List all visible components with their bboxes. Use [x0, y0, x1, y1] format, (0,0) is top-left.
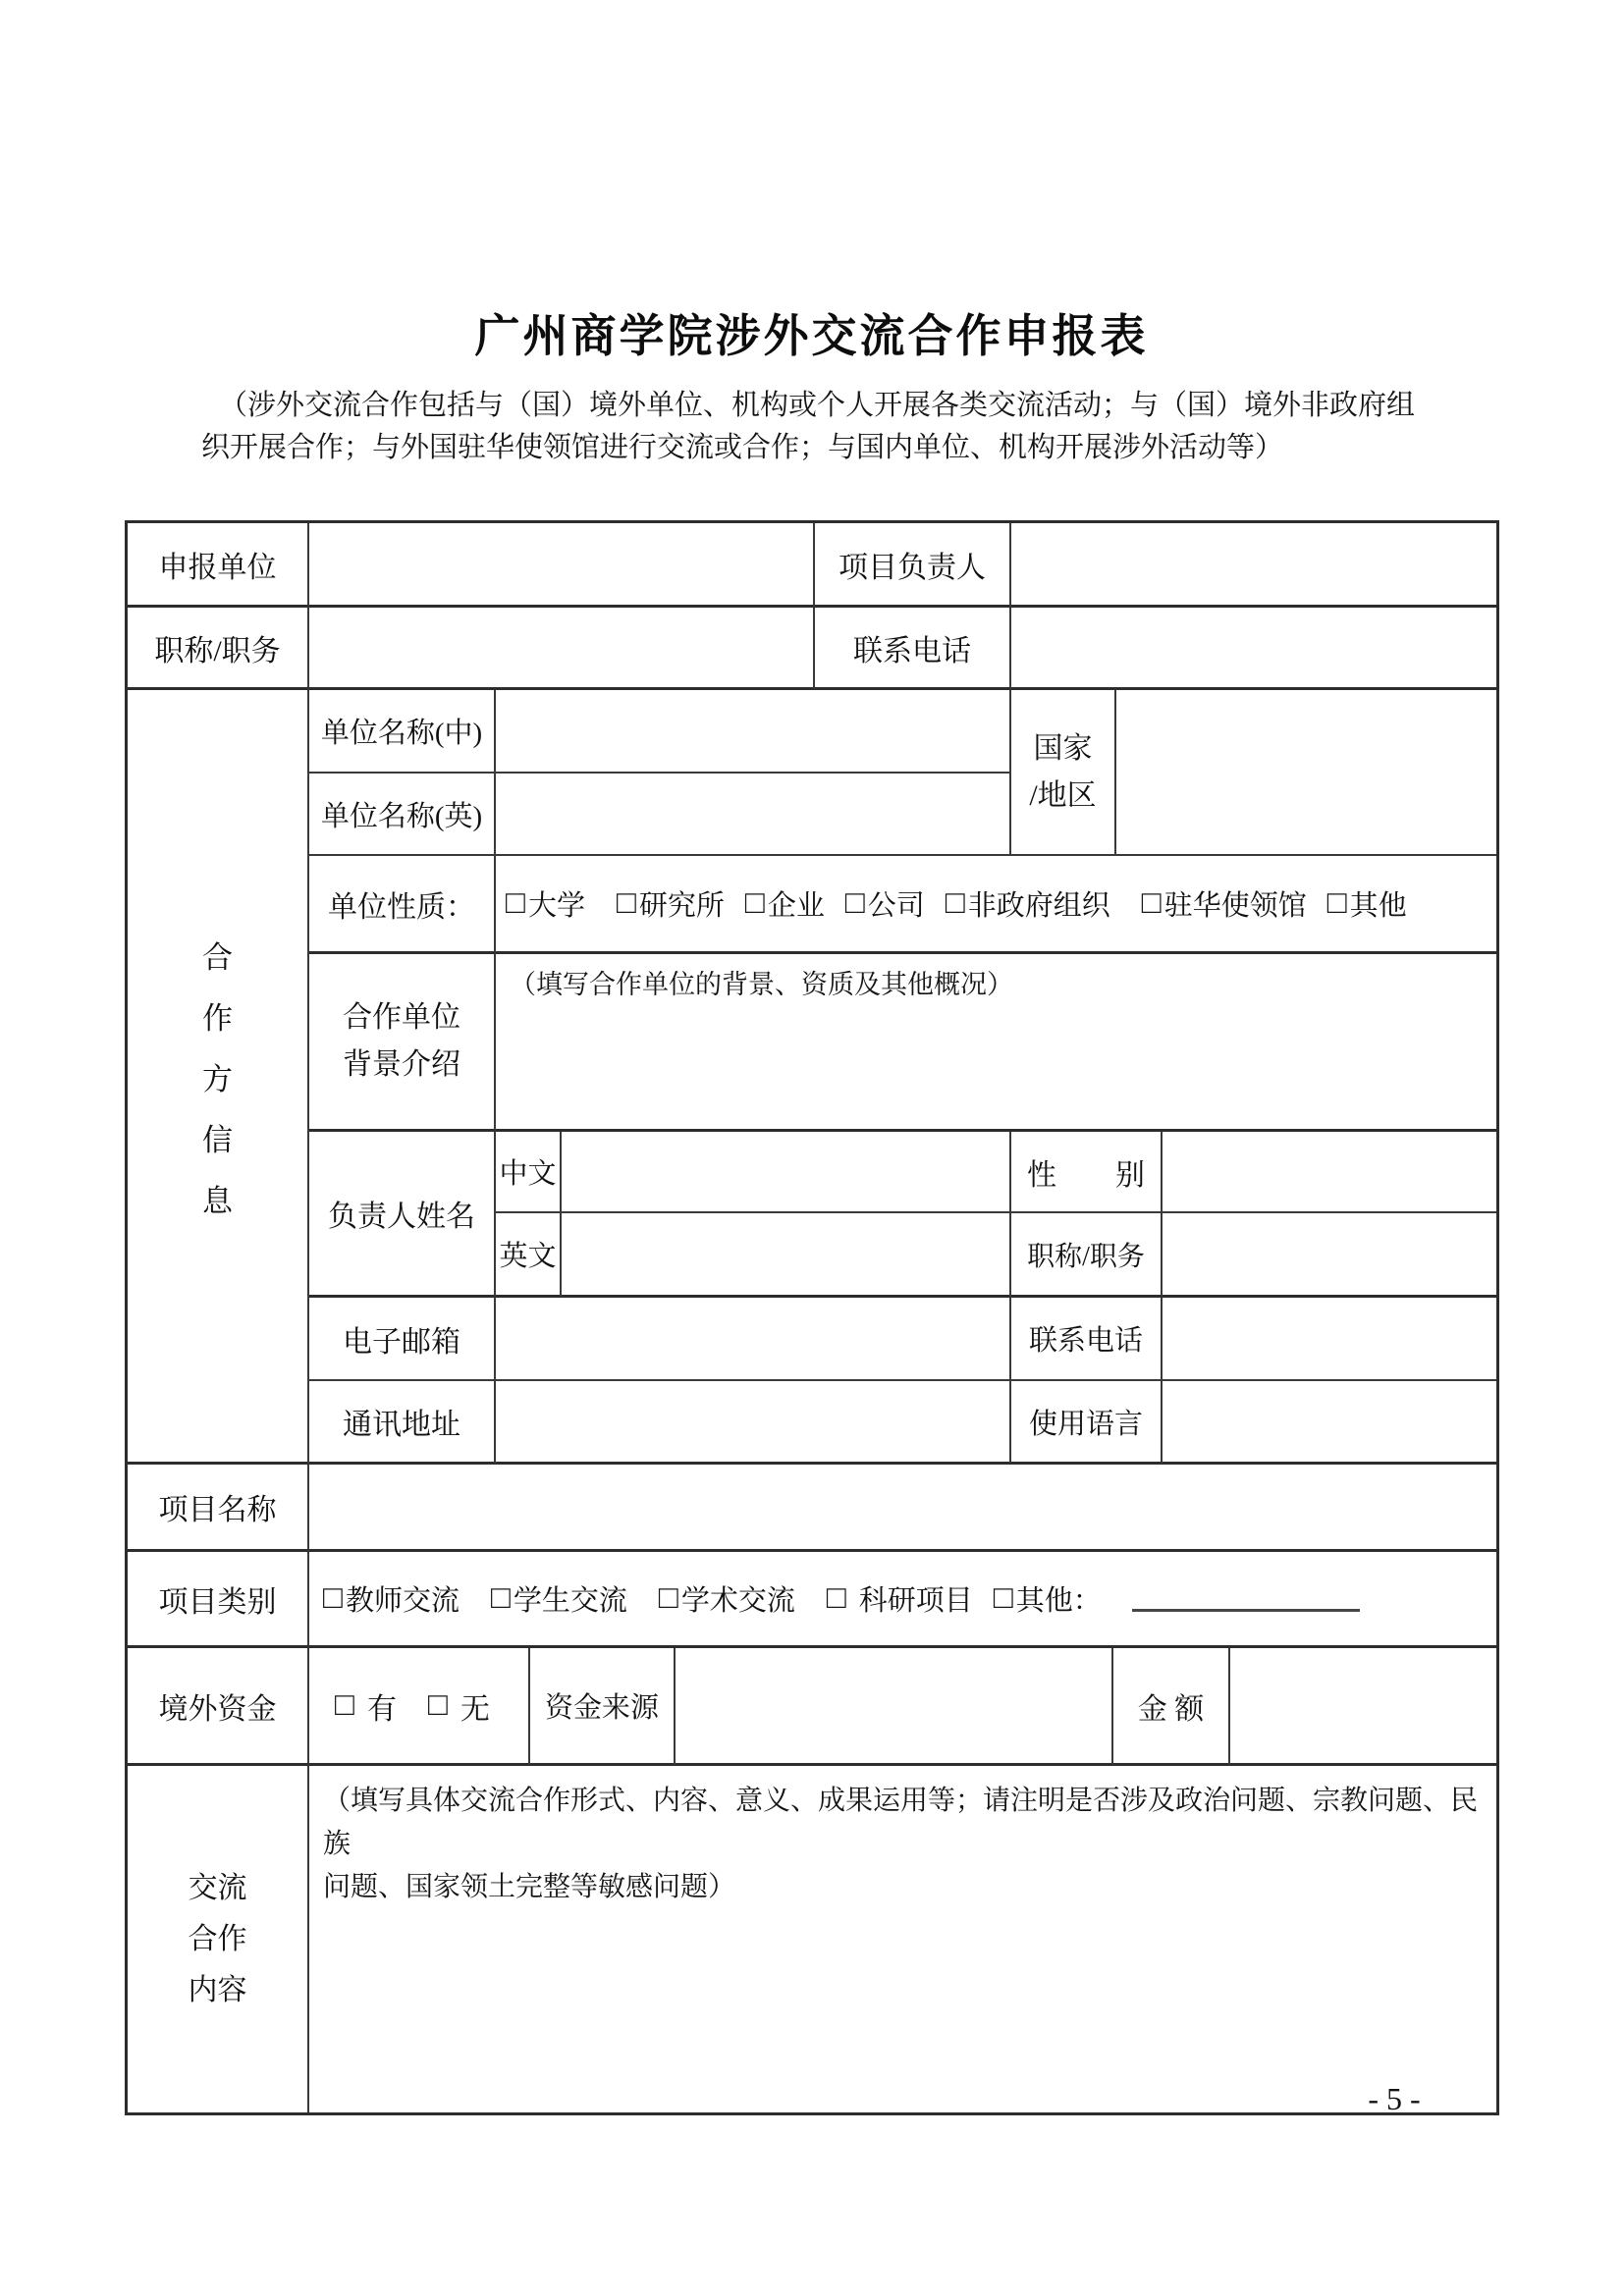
checkbox-option[interactable]: □大学 [506, 883, 585, 924]
amount-label: 金 额 [1113, 1648, 1230, 1766]
checkbox-icon[interactable]: □ [994, 1582, 1013, 1615]
amount-field[interactable] [1230, 1648, 1496, 1766]
checkbox-icon[interactable]: □ [491, 1582, 511, 1615]
country-region-field[interactable] [1116, 690, 1496, 856]
checkbox-option[interactable]: □有 [335, 1684, 397, 1728]
country-region-label: 国家 /地区 [1011, 690, 1116, 856]
fund-options: □有 □无 [309, 1648, 530, 1766]
checkbox-label: 企业 [768, 883, 825, 924]
partner-background-field[interactable]: （填写合作单位的背景、资质及其他概况） [496, 954, 1496, 1132]
project-leader-label: 项目负责人 [815, 523, 1011, 608]
country-region-line2: /地区 [1029, 773, 1096, 820]
checkbox-option[interactable]: □非政府组织 [946, 883, 1110, 924]
unit-name-cn-label: 单位名称(中) [309, 690, 496, 774]
checkbox-icon[interactable]: □ [946, 887, 965, 920]
applicant-unit-label: 申报单位 [128, 523, 309, 608]
checkbox-option[interactable]: □驻华使领馆 [1142, 883, 1307, 924]
unit-nature-label: 单位性质： [309, 856, 496, 954]
leader-title-label: 职称/职务 [1011, 1213, 1163, 1298]
partner-char: 息 [202, 1176, 233, 1220]
application-form-table: 申报单位 项目负责人 职称/职务 联系电话 合 作 方 信 息 单位名称(中) … [125, 520, 1499, 2115]
checkbox-icon[interactable]: □ [1327, 887, 1347, 920]
checkbox-label: 无 [460, 1684, 490, 1728]
checkbox-option[interactable]: □科研项目 [827, 1578, 973, 1619]
exchange-content-line1: 交流 [189, 1863, 247, 1914]
exchange-content-field[interactable]: （填写具体交流合作形式、内容、意义、成果运用等；请注明是否涉及政治问题、宗教问题… [309, 1766, 1496, 2112]
leader-phone-label: 联系电话 [1011, 1298, 1163, 1381]
checkbox-icon[interactable]: □ [428, 1689, 448, 1722]
exchange-content-label: 交流 合作 内容 [128, 1766, 309, 2112]
checkbox-icon[interactable]: □ [827, 1582, 846, 1615]
checkbox-label: 其他： [1016, 1578, 1102, 1619]
exchange-content-line3: 内容 [189, 1965, 247, 2016]
project-name-field[interactable] [309, 1465, 1496, 1552]
page-number: - 5 - [1306, 2081, 1483, 2117]
other-blank-line[interactable] [1132, 1609, 1360, 1612]
partner-char: 合 [202, 933, 233, 977]
checkbox-option[interactable]: □学术交流 [659, 1578, 795, 1619]
document-page: 广州商学院涉外交流合作申报表 （涉外交流合作包括与（国）境外单位、机构或个人开展… [0, 0, 1623, 2296]
country-region-line1: 国家 [1034, 725, 1093, 773]
checkbox-label: 研究所 [639, 883, 725, 924]
checkbox-label: 其他 [1350, 883, 1407, 924]
title-note-line1: （涉外交流合作包括与（国）境外单位、机构或个人开展各类交流活动；与（国）境外非政… [201, 385, 1458, 427]
title-note-line2: 织开展合作；与外国驻华使领馆进行交流或合作；与国内单位、机构开展涉外活动等） [201, 427, 1458, 469]
checkbox-icon[interactable]: □ [617, 887, 636, 920]
checkbox-option[interactable]: □其他 [1327, 883, 1407, 924]
project-leader-field[interactable] [1011, 523, 1496, 608]
project-name-label: 项目名称 [128, 1465, 309, 1552]
checkbox-option[interactable]: □学生交流 [491, 1578, 627, 1619]
checkbox-icon[interactable]: □ [1142, 887, 1162, 920]
partner-background-line2: 背景介绍 [343, 1041, 460, 1089]
partner-char: 作 [202, 993, 233, 1038]
partner-background-line1: 合作单位 [343, 994, 460, 1041]
checkbox-icon[interactable]: □ [506, 887, 525, 920]
unit-nature-options: □大学 □研究所 □企业 □公司 □非政府组织 □驻华使领馆 □其他 [496, 856, 1496, 954]
gender-field[interactable] [1163, 1132, 1496, 1213]
leader-phone-field[interactable] [1163, 1298, 1496, 1381]
fund-source-label: 资金来源 [530, 1648, 676, 1766]
checkbox-icon[interactable]: □ [659, 1582, 678, 1615]
partner-background-hint: （填写合作单位的背景、资质及其他概况） [510, 964, 1013, 1005]
partner-char: 方 [202, 1054, 233, 1098]
exchange-content-hint-line1: （填写具体交流合作形式、内容、意义、成果运用等；请注明是否涉及政治问题、宗教问题… [323, 1780, 1479, 1866]
applicant-unit-field[interactable] [309, 523, 815, 608]
project-type-options: □教师交流 □学生交流 □学术交流 □科研项目 □其他： [309, 1552, 1496, 1648]
leader-title-field[interactable] [1163, 1213, 1496, 1298]
chinese-name-label: 中文 [496, 1132, 562, 1213]
gender-label: 性 别 [1011, 1132, 1163, 1213]
title-note: （涉外交流合作包括与（国）境外单位、机构或个人开展各类交流活动；与（国）境外非政… [201, 385, 1458, 469]
overseas-fund-label: 境外资金 [128, 1648, 309, 1766]
email-field[interactable] [496, 1298, 1011, 1381]
leader-name-label: 负责人姓名 [309, 1132, 496, 1298]
english-name-label: 英文 [496, 1213, 562, 1298]
unit-name-en-label: 单位名称(英) [309, 774, 496, 856]
checkbox-label: 大学 [528, 883, 585, 924]
title-position-field[interactable] [309, 608, 815, 690]
unit-name-cn-field[interactable] [496, 690, 1011, 774]
language-label: 使用语言 [1011, 1381, 1163, 1465]
contact-phone-label: 联系电话 [815, 608, 1011, 690]
exchange-content-line2: 合作 [189, 1914, 247, 1965]
checkbox-label: 非政府组织 [968, 883, 1110, 924]
checkbox-label: 驻华使领馆 [1164, 883, 1307, 924]
checkbox-option[interactable]: □无 [428, 1684, 490, 1728]
checkbox-label: 教师交流 [346, 1578, 460, 1619]
english-name-field[interactable] [562, 1213, 1011, 1298]
checkbox-option[interactable]: □企业 [745, 883, 825, 924]
checkbox-icon[interactable]: □ [845, 887, 865, 920]
partner-info-section-label: 合 作 方 信 息 [128, 690, 309, 1465]
checkbox-label: 科研项目 [859, 1578, 973, 1619]
chinese-name-field[interactable] [562, 1132, 1011, 1213]
partner-char: 信 [202, 1115, 233, 1159]
fund-source-field[interactable] [676, 1648, 1113, 1766]
checkbox-label: 有 [367, 1684, 397, 1728]
checkbox-option[interactable]: □教师交流 [323, 1578, 460, 1619]
address-field[interactable] [496, 1381, 1011, 1465]
checkbox-label: 公司 [868, 883, 925, 924]
exchange-content-hint-line2: 问题、国家领土完整等敏感问题） [323, 1866, 735, 1909]
title-position-label: 职称/职务 [128, 608, 309, 690]
checkbox-option[interactable]: □公司 [845, 883, 925, 924]
checkbox-label: 学术交流 [681, 1578, 795, 1619]
language-field[interactable] [1163, 1381, 1496, 1465]
checkbox-icon[interactable]: □ [323, 1582, 343, 1615]
checkbox-option[interactable]: □研究所 [617, 883, 725, 924]
checkbox-icon[interactable]: □ [745, 887, 765, 920]
project-type-label: 项目类别 [128, 1552, 309, 1648]
unit-name-en-field[interactable] [496, 774, 1011, 856]
page-title: 广州商学院涉外交流合作申报表 [0, 300, 1623, 365]
email-label: 电子邮箱 [309, 1298, 496, 1381]
contact-phone-field[interactable] [1011, 608, 1496, 690]
checkbox-option[interactable]: □其他： [994, 1578, 1102, 1619]
address-label: 通讯地址 [309, 1381, 496, 1465]
checkbox-label: 学生交流 [514, 1578, 627, 1619]
checkbox-icon[interactable]: □ [335, 1689, 354, 1722]
partner-background-label: 合作单位 背景介绍 [309, 954, 496, 1132]
